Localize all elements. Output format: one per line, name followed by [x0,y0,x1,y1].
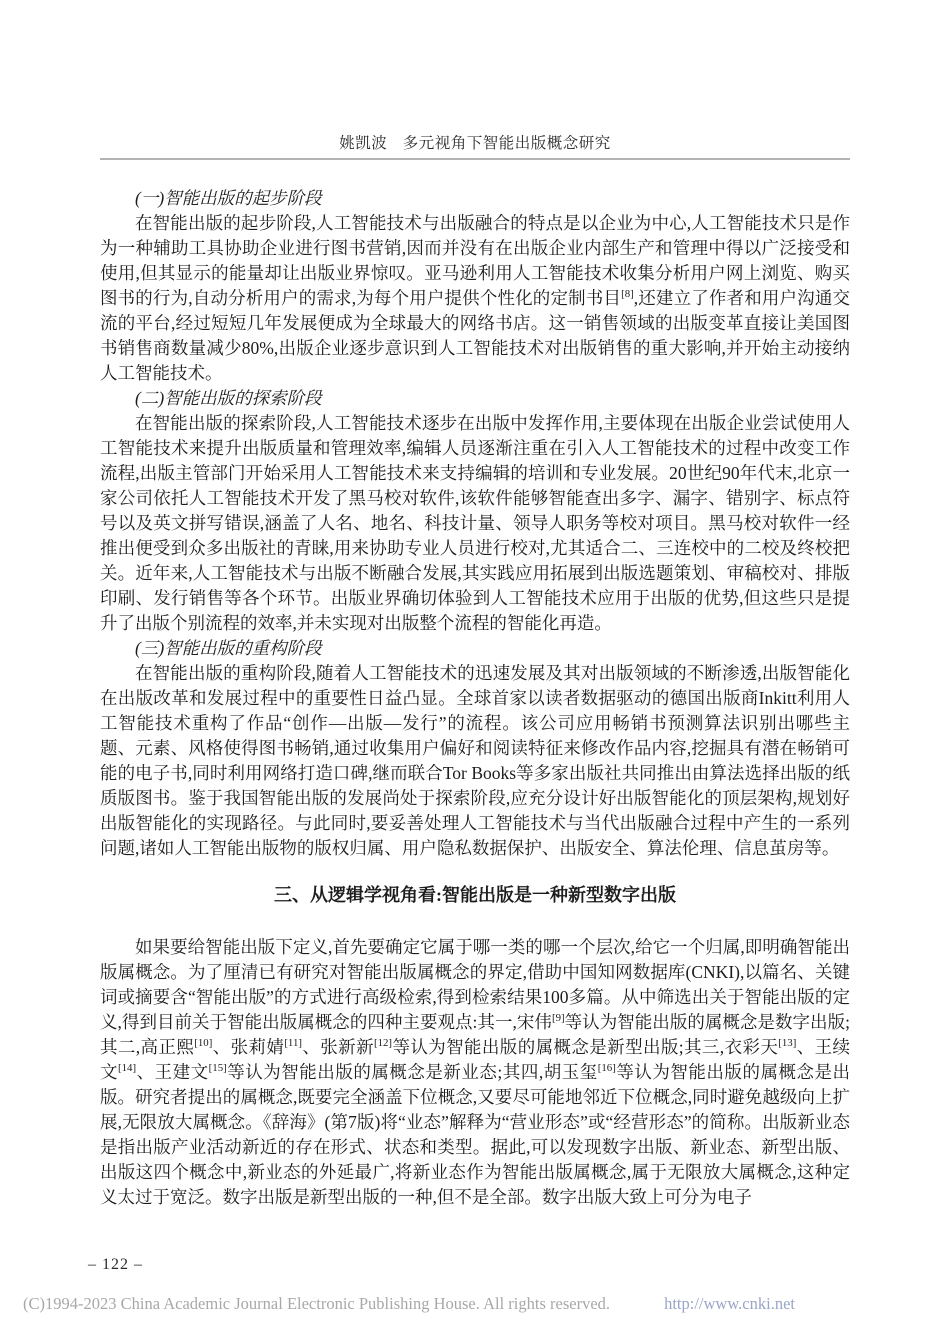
paragraph: 在智能出版的起步阶段,人工智能技术与出版融合的特点是以企业为中心,人工智能技术只… [100,211,850,386]
citation-marker: [10] [194,1037,212,1049]
running-head: 姚凯波多元视角下智能出版概念研究 [100,131,850,153]
copyright-text: (C)1994-2023 China Academic Journal Elec… [23,1294,610,1314]
citation-marker: [8] [621,288,634,300]
document-page: 姚凯波多元视角下智能出版概念研究 (一)智能出版的起步阶段在智能出版的起步阶段,… [0,0,950,1344]
section-heading: 三、从逻辑学视角看:智能出版是一种新型数字出版 [100,883,850,908]
citation-marker: [12] [374,1037,392,1049]
running-head-title: 多元视角下智能出版概念研究 [403,135,611,152]
citation-marker: [16] [598,1062,616,1074]
subsection-heading: (三)智能出版的重构阶段 [100,636,850,661]
cnki-url[interactable]: http://www.cnki.net [664,1294,795,1314]
article-body: (一)智能出版的起步阶段在智能出版的起步阶段,人工智能技术与出版融合的特点是以企… [100,186,850,1210]
citation-marker: [15] [209,1062,227,1074]
subsection-heading: (二)智能出版的探索阶段 [100,386,850,411]
page-footer: (C)1994-2023 China Academic Journal Elec… [23,1294,795,1314]
page-number: – 122 – [88,1256,143,1274]
citation-marker: [11] [284,1037,302,1049]
citation-marker: [14] [118,1062,136,1074]
header-rule [100,158,850,160]
subsection-heading: (一)智能出版的起步阶段 [100,186,850,211]
paragraph: 如果要给智能出版下定义,首先要确定它属于哪一类的哪一个层次,给它一个归属,即明确… [100,935,850,1210]
citation-marker: [13] [778,1037,796,1049]
paragraph: 在智能出版的重构阶段,随着人工智能技术的迅速发展及其对出版领域的不断渗透,出版智… [100,661,850,861]
paragraph: 在智能出版的探索阶段,人工智能技术逐步在出版中发挥作用,主要体现在出版企业尝试使… [100,411,850,636]
citation-marker: [9] [552,1012,565,1024]
running-head-author: 姚凯波 [339,135,387,152]
